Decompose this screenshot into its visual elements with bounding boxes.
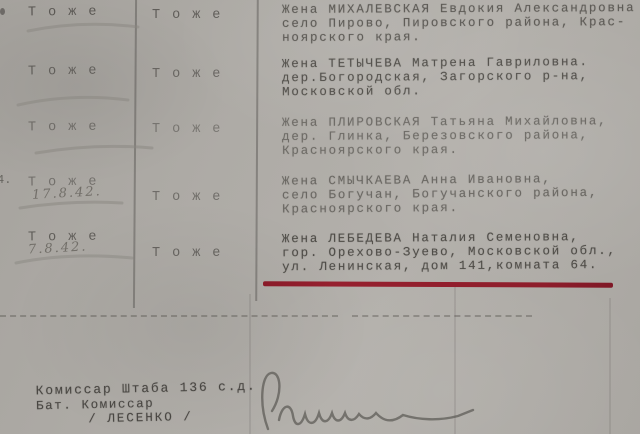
entry-line: ул. Ленинская, дом 141,комната 64. [282,258,638,274]
table-rule-vertical-right [255,0,258,301]
dashed-separator [352,315,532,317]
scanned-document-page: Тоже Тоже Тоже Тоже Тоже Тоже Тоже Тоже … [0,0,640,434]
ink-smudge [0,8,5,15]
footer-name: / ЛЕСЕНКО / [88,409,257,427]
signature-scribble [262,373,473,429]
ditto-mark: Тоже [152,190,232,205]
ditto-mark: Тоже [28,120,109,136]
pencil-date: 17.8.42. [32,184,102,203]
entry-row: Жена ПЛИРОВСКАЯ Татьяна Михайловна, дер.… [282,115,638,158]
entry-line: Московской обл. [282,83,638,99]
ditto-mark: Тоже [152,67,232,82]
pencil-underline-strokes [16,24,152,263]
entry-line: Красноярского края. [282,200,638,217]
ditto-mark: Тоже [28,5,109,21]
paper-crease [454,286,456,434]
pencil-date: 7.8.42. [28,239,88,257]
entry-row: Жена ТЕТЫЧЕВА Матрена Гавриловна. дер.Бо… [282,56,638,100]
ditto-mark: Тоже [152,122,232,137]
entry-row: Жена СМЫЧКАЕВА Анна Ивановна, село Богуч… [282,172,638,216]
paper-crease [609,298,611,434]
footer-block: Комиссар Штаба 136 с.д. Бат. Комиссар / … [36,379,258,428]
entry-row: Жена МИХАЛЕВСКАЯ Евдокия Александровна с… [282,2,638,45]
ditto-mark: Тоже [28,63,109,79]
ditto-mark: Тоже [152,8,232,23]
entry-line: дер. Глинка, Березовского района, [282,129,638,145]
entry-line: село Пирово, Пировского района, Крас- [282,16,638,32]
entry-line: ноярского края. [282,30,638,46]
entry-line: дер.Богородская, Загорского р-на, [282,70,638,86]
red-underline [263,281,613,287]
dashed-separator [0,315,338,317]
ditto-mark: Тоже [152,246,232,261]
entry-row: Жена ЛЕБЕДЕВА Наталия Семеновна, гор. Ор… [282,231,638,275]
table-rule-vertical-left [133,0,137,308]
margin-number: 4. [0,173,11,187]
entry-line: Красноярского края. [282,143,638,159]
